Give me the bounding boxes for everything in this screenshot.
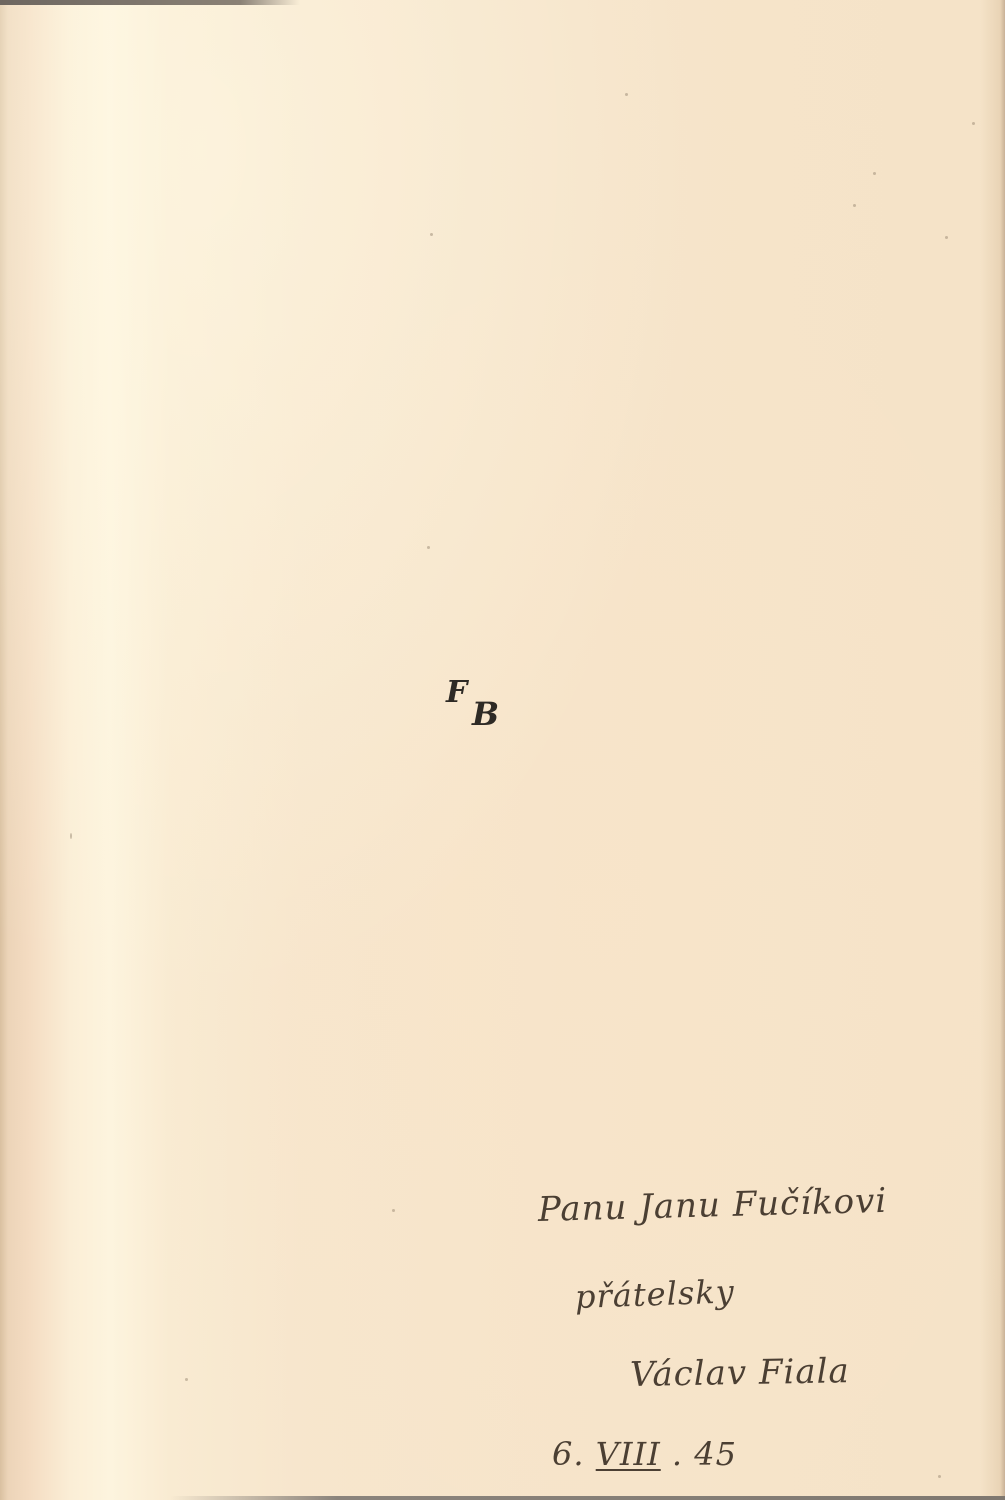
date-month: VIII	[596, 1435, 661, 1473]
paper-speck	[185, 1378, 188, 1381]
paper-speck	[427, 546, 430, 549]
book-page: F B Panu Janu Fučíkovi přátelsky Václav …	[0, 0, 1005, 1500]
handwritten-dedication: Panu Janu Fučíkovi přátelsky Václav Fial…	[530, 1190, 990, 1490]
paper-speck	[873, 172, 876, 175]
dedication-signature: Václav Fiala	[630, 1351, 850, 1395]
paper-speck	[853, 204, 856, 207]
publisher-monogram: F B	[446, 678, 516, 748]
date-day: 6.	[552, 1435, 585, 1473]
paper-speck	[392, 1209, 395, 1212]
paper-speck	[430, 233, 433, 236]
paper-speck	[972, 122, 975, 125]
paper-speck	[70, 833, 72, 839]
paper-speck	[945, 236, 948, 239]
dedication-date: 6. VIII . 45	[552, 1435, 737, 1473]
dedication-recipient: Panu Janu Fučíkovi	[537, 1181, 887, 1230]
paper-speck	[625, 93, 628, 96]
date-year: . 45	[672, 1435, 737, 1473]
dedication-greeting: přátelsky	[574, 1272, 735, 1316]
scan-bottom-edge	[170, 1496, 1005, 1500]
monogram-letter-b: B	[472, 698, 499, 730]
monogram-letter-f: F	[446, 678, 467, 708]
scan-top-edge	[0, 0, 300, 5]
